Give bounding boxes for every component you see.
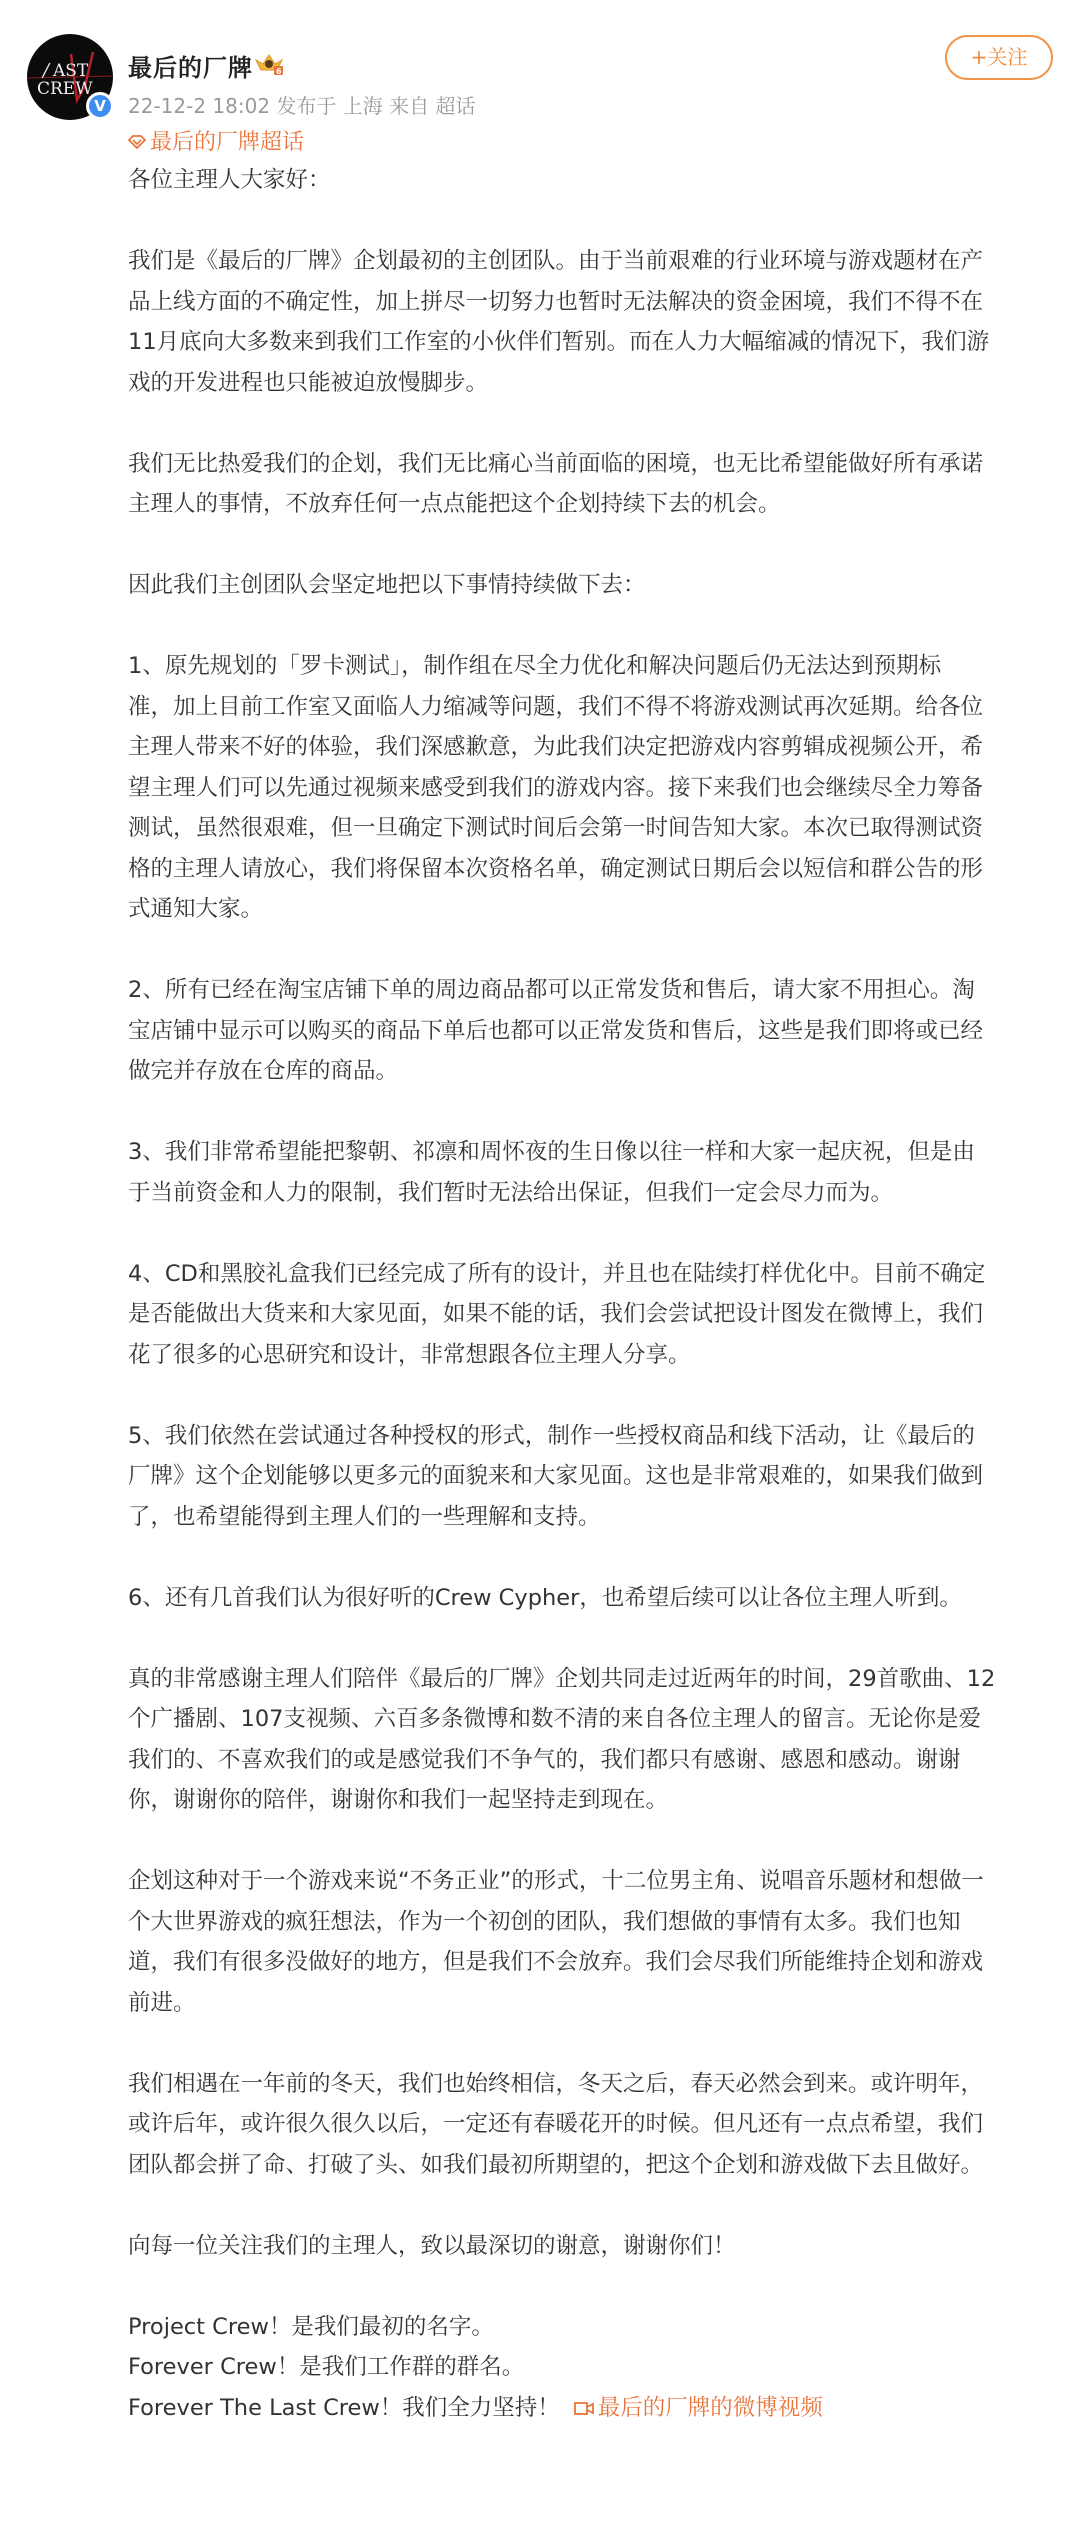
body-text-line: 3、我们非常希望能把黎朝、祁凛和周怀夜的生日像以往一样和大家一起庆祝，但是由 bbox=[128, 1132, 1058, 1173]
body-text-line: 主理人的事情，不放弃任何一点点能把这个企划持续下去的机会。 bbox=[128, 484, 1058, 525]
topic-label: 最后的厂牌超话 bbox=[150, 130, 304, 155]
svg-text:CREW: CREW bbox=[37, 79, 93, 99]
closing-text: Forever The Last Crew！我们全力坚持！ bbox=[128, 2395, 560, 2421]
weibo-video-link[interactable]: 最后的厂牌的微博视频 bbox=[560, 2395, 823, 2421]
paragraph-gap bbox=[128, 403, 1058, 444]
body-text-line: 4、CD和黑胶礼盒我们已经完成了所有的设计，并且也在陆续打样优化中。目前不确定 bbox=[128, 1254, 1058, 1295]
paragraph-gap bbox=[128, 930, 1058, 971]
paragraph-gap bbox=[128, 201, 1058, 242]
body-text-line: 11月底向大多数来到我们工作室的小伙伴们暂别。而在人力大幅缩减的情况下，我们游 bbox=[128, 322, 1058, 363]
body-text-line: 我们无比热爱我们的企划，我们无比痛心当前面临的困境，也无比希望能做好所有承诺 bbox=[128, 444, 1058, 485]
topic-link[interactable]: 最后的厂牌超话 bbox=[128, 125, 304, 156]
paragraph-gap bbox=[128, 1537, 1058, 1578]
body-text-line-last: Forever The Last Crew！我们全力坚持！最后的厂牌的微博视频 bbox=[128, 2388, 1058, 2429]
body-text-line: 我们是《最后的厂牌》企划最初的主创团队。由于当前艰难的行业环境与游戏题材在产 bbox=[128, 241, 1058, 282]
verified-badge-icon: V bbox=[86, 92, 114, 120]
body-text-line: 式通知大家。 bbox=[128, 889, 1058, 930]
body-text-line: 真的非常感谢主理人们陪伴《最后的厂牌》企划共同走过近两年的时间，29首歌曲、12 bbox=[128, 1659, 1058, 1700]
body-text-line: 6、还有几首我们认为很好听的Crew Cypher，也希望后续可以让各位主理人听… bbox=[128, 1578, 1058, 1619]
body-text-line: Project Crew！是我们最初的名字。 bbox=[128, 2307, 1058, 2348]
body-text-line: 5、我们依然在尝试通过各种授权的形式，制作一些授权商品和线下活动，让《最后的 bbox=[128, 1416, 1058, 1457]
body-text-line: 各位主理人大家好： bbox=[128, 160, 1058, 201]
paragraph-gap bbox=[128, 1092, 1058, 1133]
post-meta: 22-12-2 18:02 发布于 上海 来自 超话 bbox=[128, 90, 475, 119]
body-text-line: 2、所有已经在淘宝店铺下单的周边商品都可以正常发货和售后，请大家不用担心。淘 bbox=[128, 970, 1058, 1011]
body-text-line: 于当前资金和人力的限制，我们暂时无法给出保证，但我们一定会尽力而为。 bbox=[128, 1173, 1058, 1214]
paragraph-gap bbox=[128, 1618, 1058, 1659]
body-text-line: 宝店铺中显示可以购买的商品下单后也都可以正常发货和售后，这些是我们即将或已经 bbox=[128, 1011, 1058, 1052]
body-text-line: 个大世界游戏的疯狂想法，作为一个初创的团队，我们想做的事情有太多。我们也知 bbox=[128, 1902, 1058, 1943]
body-text-line: 望主理人们可以先通过视频来感受到我们的游戏内容。接下来我们也会继续尽全力筹备 bbox=[128, 768, 1058, 809]
body-text-line: 戏的开发进程也只能被迫放慢脚步。 bbox=[128, 363, 1058, 404]
post-body: 各位主理人大家好：我们是《最后的厂牌》企划最初的主创团队。由于当前艰难的行业环境… bbox=[128, 160, 1058, 2428]
video-link-label: 最后的厂牌的微博视频 bbox=[598, 2395, 823, 2421]
body-text-line: 1、原先规划的「罗卡测试」，制作组在尽全力优化和解决问题后仍无法达到预期标 bbox=[128, 646, 1058, 687]
body-text-line: 准，加上目前工作室又面临人力缩减等问题，我们不得不将游戏测试再次延期。给各位 bbox=[128, 687, 1058, 728]
body-text-line: 团队都会拼了命、打破了头、如我们最初所期望的，把这个企划和游戏做下去且做好。 bbox=[128, 2145, 1058, 2186]
video-camera-icon bbox=[574, 2401, 594, 2416]
body-text-line: 花了很多的心思研究和设计，非常想跟各位主理人分享。 bbox=[128, 1335, 1058, 1376]
body-text-line: 厂牌》这个企划能够以更多元的面貌来和大家见面。这也是非常艰难的，如果我们做到 bbox=[128, 1456, 1058, 1497]
body-text-line: 品上线方面的不确定性，加上拼尽一切努力也暂时无法解决的资金困境，我们不得不在 bbox=[128, 282, 1058, 323]
body-text-line: 做完并存放在仓库的商品。 bbox=[128, 1051, 1058, 1092]
body-text-line: Forever Crew！是我们工作群的群名。 bbox=[128, 2347, 1058, 2388]
body-text-line: 主理人带来不好的体验，我们深感歉意，为此我们决定把游戏内容剪辑成视频公开，希 bbox=[128, 727, 1058, 768]
svg-text:6: 6 bbox=[276, 67, 282, 76]
paragraph-gap bbox=[128, 2185, 1058, 2226]
paragraph-gap bbox=[128, 1821, 1058, 1862]
body-text-line: 了，也希望能得到主理人们的一些理解和支持。 bbox=[128, 1497, 1058, 1538]
paragraph-gap bbox=[128, 525, 1058, 566]
body-text-line: 或许后年，或许很久很久以后，一定还有春暖花开的时候。但凡还有一点点希望，我们 bbox=[128, 2104, 1058, 2145]
author-name[interactable]: 最后的厂牌 bbox=[128, 48, 253, 83]
body-text-line: 格的主理人请放心，我们将保留本次资格名单，确定测试日期后会以短信和群公告的形 bbox=[128, 849, 1058, 890]
paragraph-gap bbox=[128, 1213, 1058, 1254]
body-text-line: 前进。 bbox=[128, 1983, 1058, 2024]
body-text-line: 因此我们主创团队会坚定地把以下事情持续做下去： bbox=[128, 565, 1058, 606]
body-text-line: 测试，虽然很艰难，但一旦确定下测试时间后会第一时间告知大家。本次已取得测试资 bbox=[128, 808, 1058, 849]
paragraph-gap bbox=[128, 2266, 1058, 2307]
body-text-line: 企划这种对于一个游戏来说“不务正业”的形式，十二位男主角、说唱音乐题材和想做一 bbox=[128, 1861, 1058, 1902]
body-text-line: 我们的、不喜欢我们的或是感觉我们不争气的，我们都只有感谢、感恩和感动。谢谢 bbox=[128, 1740, 1058, 1781]
crown-level-badge-icon: 6 bbox=[254, 52, 284, 76]
body-text-line: 我们相遇在一年前的冬天，我们也始终相信，冬天之后，春天必然会到来。或许明年， bbox=[128, 2064, 1058, 2105]
body-text-line: 向每一位关注我们的主理人，致以最深切的谢意，谢谢你们！ bbox=[128, 2226, 1058, 2267]
paragraph-gap bbox=[128, 1375, 1058, 1416]
body-text-line: 个广播剧、107支视频、六百多条微博和数不清的来自各位主理人的留言。无论你是爱 bbox=[128, 1699, 1058, 1740]
svg-text:AST: AST bbox=[52, 61, 89, 81]
body-text-line: 道，我们有很多没做好的地方，但是我们不会放弃。我们会尽我们所能维持企划和游戏 bbox=[128, 1942, 1058, 1983]
paragraph-gap bbox=[128, 2023, 1058, 2064]
follow-button[interactable]: +关注 bbox=[945, 35, 1053, 80]
super-topic-icon bbox=[128, 135, 146, 149]
body-text-line: 你，谢谢你的陪伴，谢谢你和我们一起坚持走到现在。 bbox=[128, 1780, 1058, 1821]
body-text-line: 是否能做出大货来和大家见面，如果不能的话，我们会尝试把设计图发在微博上，我们 bbox=[128, 1294, 1058, 1335]
paragraph-gap bbox=[128, 606, 1058, 647]
